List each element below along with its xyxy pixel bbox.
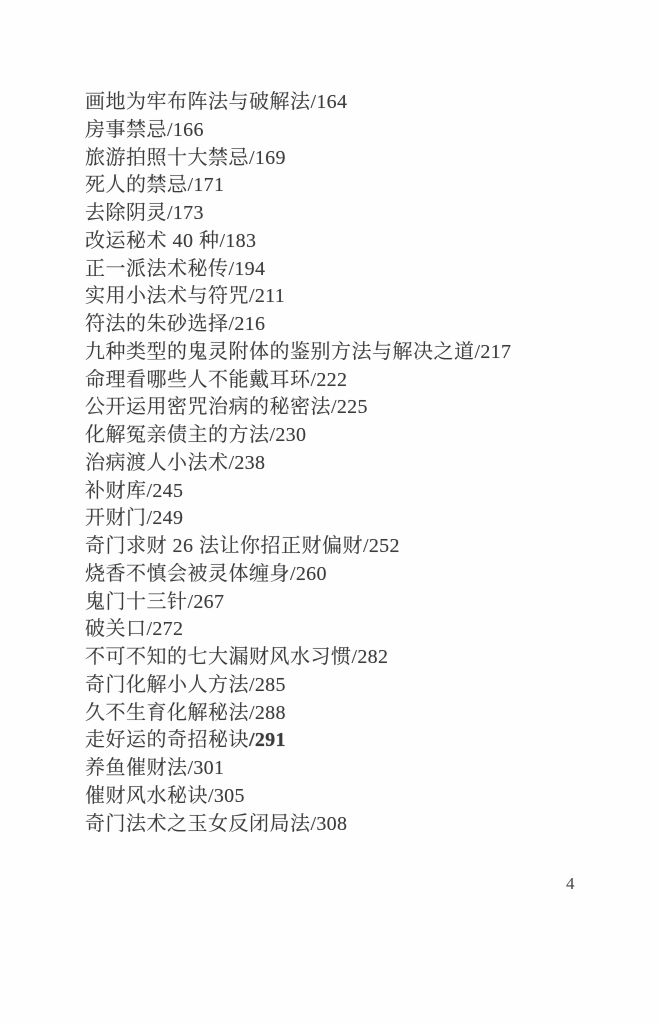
toc-entry-page: /267 — [188, 591, 225, 613]
toc-entry-page: /288 — [249, 702, 286, 724]
toc-entry-title: 符法的朱砂选择 — [85, 313, 229, 335]
toc-entry-page: /260 — [290, 563, 327, 585]
toc-entry-title: 走好运的奇招秘诀 — [85, 729, 249, 751]
toc-entry: 走好运的奇招秘诀/291 — [85, 727, 625, 755]
toc-entry-title: 九种类型的鬼灵附体的鉴别方法与解决之道 — [85, 341, 475, 363]
toc-entry-page: /272 — [147, 618, 184, 640]
toc-entry-page: /301 — [188, 757, 225, 779]
toc-entry-page: /230 — [270, 424, 307, 446]
toc-entry-title: 公开运用密咒治病的秘密法 — [85, 396, 331, 418]
toc-entry-title: 化解冤亲债主的方法 — [85, 424, 270, 446]
toc-entry-title: 旅游拍照十大禁忌 — [85, 147, 249, 169]
toc-entry-page: /166 — [167, 119, 204, 141]
toc-entry-page: /291 — [249, 729, 286, 751]
toc-entry: 养鱼催财法/301 — [85, 755, 625, 783]
toc-entry-page: /211 — [249, 285, 285, 307]
toc-entry-title: 奇门化解小人方法 — [85, 674, 249, 696]
toc-entry-title: 破关口 — [85, 618, 147, 640]
toc-entry-title: 养鱼催财法 — [85, 757, 188, 779]
toc-list: 画地为牢布阵法与破解法/164 房事禁忌/166 旅游拍照十大禁忌/169 死人… — [85, 89, 625, 838]
toc-entry-title: 久不生育化解秘法 — [85, 702, 249, 724]
toc-entry: 公开运用密咒治病的秘密法/225 — [85, 394, 625, 422]
toc-entry-page: /173 — [167, 202, 204, 224]
toc-entry: 治病渡人小法术/238 — [85, 450, 625, 478]
toc-entry-title: 治病渡人小法术 — [85, 452, 229, 474]
toc-entry-title: 命理看哪些人不能戴耳环 — [85, 369, 311, 391]
toc-entry-page: /225 — [331, 396, 368, 418]
scanned-book-page: 画地为牢布阵法与破解法/164 房事禁忌/166 旅游拍照十大禁忌/169 死人… — [0, 0, 659, 1024]
toc-entry: 催财风水秘诀/305 — [85, 783, 625, 811]
toc-entry: 符法的朱砂选择/216 — [85, 311, 625, 339]
toc-entry: 画地为牢布阵法与破解法/164 — [85, 89, 625, 117]
toc-entry: 化解冤亲债主的方法/230 — [85, 422, 625, 450]
toc-entry: 久不生育化解秘法/288 — [85, 700, 625, 728]
toc-entry: 旅游拍照十大禁忌/169 — [85, 145, 625, 173]
toc-entry: 九种类型的鬼灵附体的鉴别方法与解决之道/217 — [85, 339, 625, 367]
toc-entry-page: /216 — [229, 313, 266, 335]
toc-entry-title: 画地为牢布阵法与破解法 — [85, 91, 311, 113]
toc-entry: 补财库/245 — [85, 478, 625, 506]
toc-entry-page: /308 — [311, 813, 348, 835]
toc-entry-title: 补财库 — [85, 480, 147, 502]
toc-entry-page: /305 — [208, 785, 245, 807]
toc-entry-title: 烧香不慎会被灵体缠身 — [85, 563, 290, 585]
toc-entry-page: /183 — [220, 230, 257, 252]
toc-entry-page: /171 — [188, 174, 225, 196]
toc-entry: 实用小法术与符咒/211 — [85, 283, 625, 311]
toc-entry-title: 去除阴灵 — [85, 202, 167, 224]
toc-entry-page: /194 — [229, 258, 266, 280]
toc-entry-title: 催财风水秘诀 — [85, 785, 208, 807]
toc-entry-page: /238 — [229, 452, 266, 474]
toc-entry: 改运秘术 40 种/183 — [85, 228, 625, 256]
toc-entry-page: /222 — [311, 369, 348, 391]
toc-entry: 破关口/272 — [85, 616, 625, 644]
toc-entry-title: 奇门法术之玉女反闭局法 — [85, 813, 311, 835]
toc-entry-page: /217 — [475, 341, 512, 363]
toc-entry-page: /164 — [311, 91, 348, 113]
toc-entry: 鬼门十三针/267 — [85, 589, 625, 617]
toc-entry-title: 不可不知的七大漏财风水习惯 — [85, 646, 352, 668]
toc-entry: 房事禁忌/166 — [85, 117, 625, 145]
folio-page-number: 4 — [566, 874, 575, 894]
toc-entry-page: /169 — [249, 147, 286, 169]
toc-entry-page: /252 — [363, 535, 400, 557]
toc-entry-page: /245 — [147, 480, 184, 502]
toc-entry-title: 死人的禁忌 — [85, 174, 188, 196]
toc-entry-title: 改运秘术 40 种 — [85, 230, 220, 252]
toc-entry: 奇门求财 26 法让你招正财偏财/252 — [85, 533, 625, 561]
toc-entry-title: 奇门求财 26 法让你招正财偏财 — [85, 535, 363, 557]
toc-entry: 命理看哪些人不能戴耳环/222 — [85, 367, 625, 395]
toc-entry-title: 开财门 — [85, 507, 147, 529]
toc-entry: 不可不知的七大漏财风水习惯/282 — [85, 644, 625, 672]
toc-entry: 正一派法术秘传/194 — [85, 256, 625, 284]
toc-entry-title: 鬼门十三针 — [85, 591, 188, 613]
toc-entry-page: /285 — [249, 674, 286, 696]
toc-entry: 死人的禁忌/171 — [85, 172, 625, 200]
toc-entry-title: 正一派法术秘传 — [85, 258, 229, 280]
toc-entry: 奇门化解小人方法/285 — [85, 672, 625, 700]
toc-entry-title: 房事禁忌 — [85, 119, 167, 141]
toc-entry: 烧香不慎会被灵体缠身/260 — [85, 561, 625, 589]
toc-entry-page: /282 — [352, 646, 389, 668]
toc-entry: 开财门/249 — [85, 505, 625, 533]
toc-entry: 去除阴灵/173 — [85, 200, 625, 228]
toc-entry: 奇门法术之玉女反闭局法/308 — [85, 811, 625, 839]
toc-entry-title: 实用小法术与符咒 — [85, 285, 249, 307]
toc-entry-page: /249 — [147, 507, 184, 529]
